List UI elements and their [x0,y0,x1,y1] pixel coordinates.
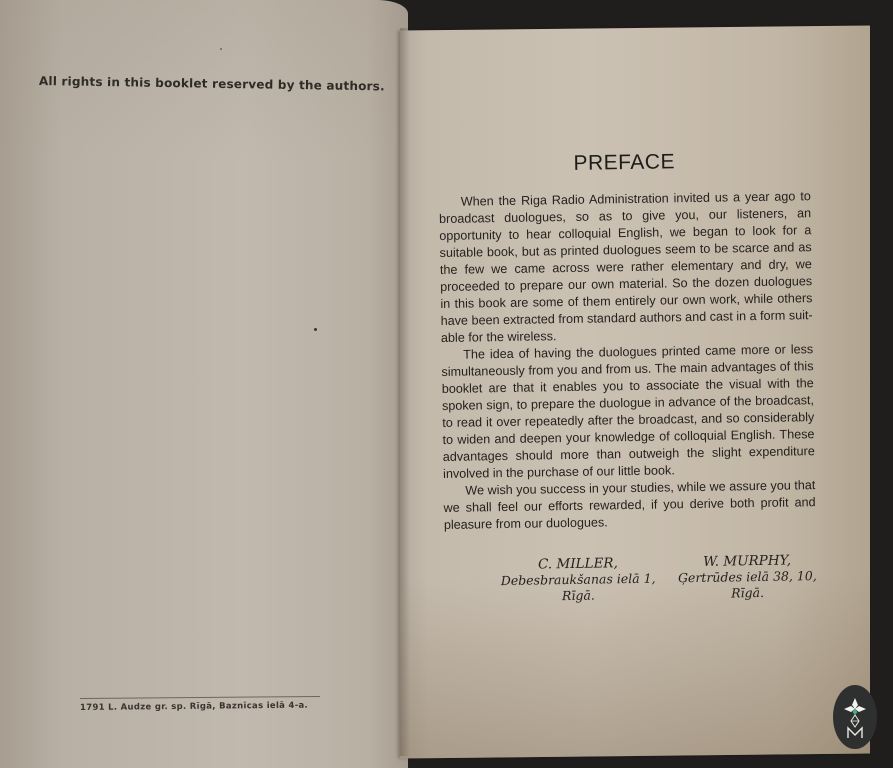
book-gutter [400,28,410,756]
museum-logo-icon [833,685,877,749]
flower-glyph-icon [840,692,870,742]
preface-paragraph-2: The idea of having the duologues printed… [441,341,815,483]
signatures: C. MILLER, Debesbraukšanas ielā 1, Rīgā.… [444,552,817,606]
signature-city: Rīgā. [678,584,817,602]
preface-paragraph-1: When the Riga Radio Administration invit… [439,188,813,347]
paper-speck [314,328,317,331]
signature-address: Debesbraukšanas ielā 1, [501,571,656,589]
preface-title: PREFACE [438,148,810,178]
paper-speck [220,48,222,50]
preface-paragraph-3: We wish you success in your studies, whi… [443,477,816,534]
signature-murphy: W. MURPHY, Ģertrūdes ielā 38, 10, Rīgā. [678,552,817,602]
preface-section: PREFACE When the Riga Radio Administrati… [438,144,817,606]
signature-city: Rīgā. [501,587,656,605]
signature-miller: C. MILLER, Debesbraukšanas ielā 1, Rīgā. [500,555,656,605]
signature-address: Ģertrūdes ielā 38, 10, [678,568,817,586]
left-page [0,0,408,768]
